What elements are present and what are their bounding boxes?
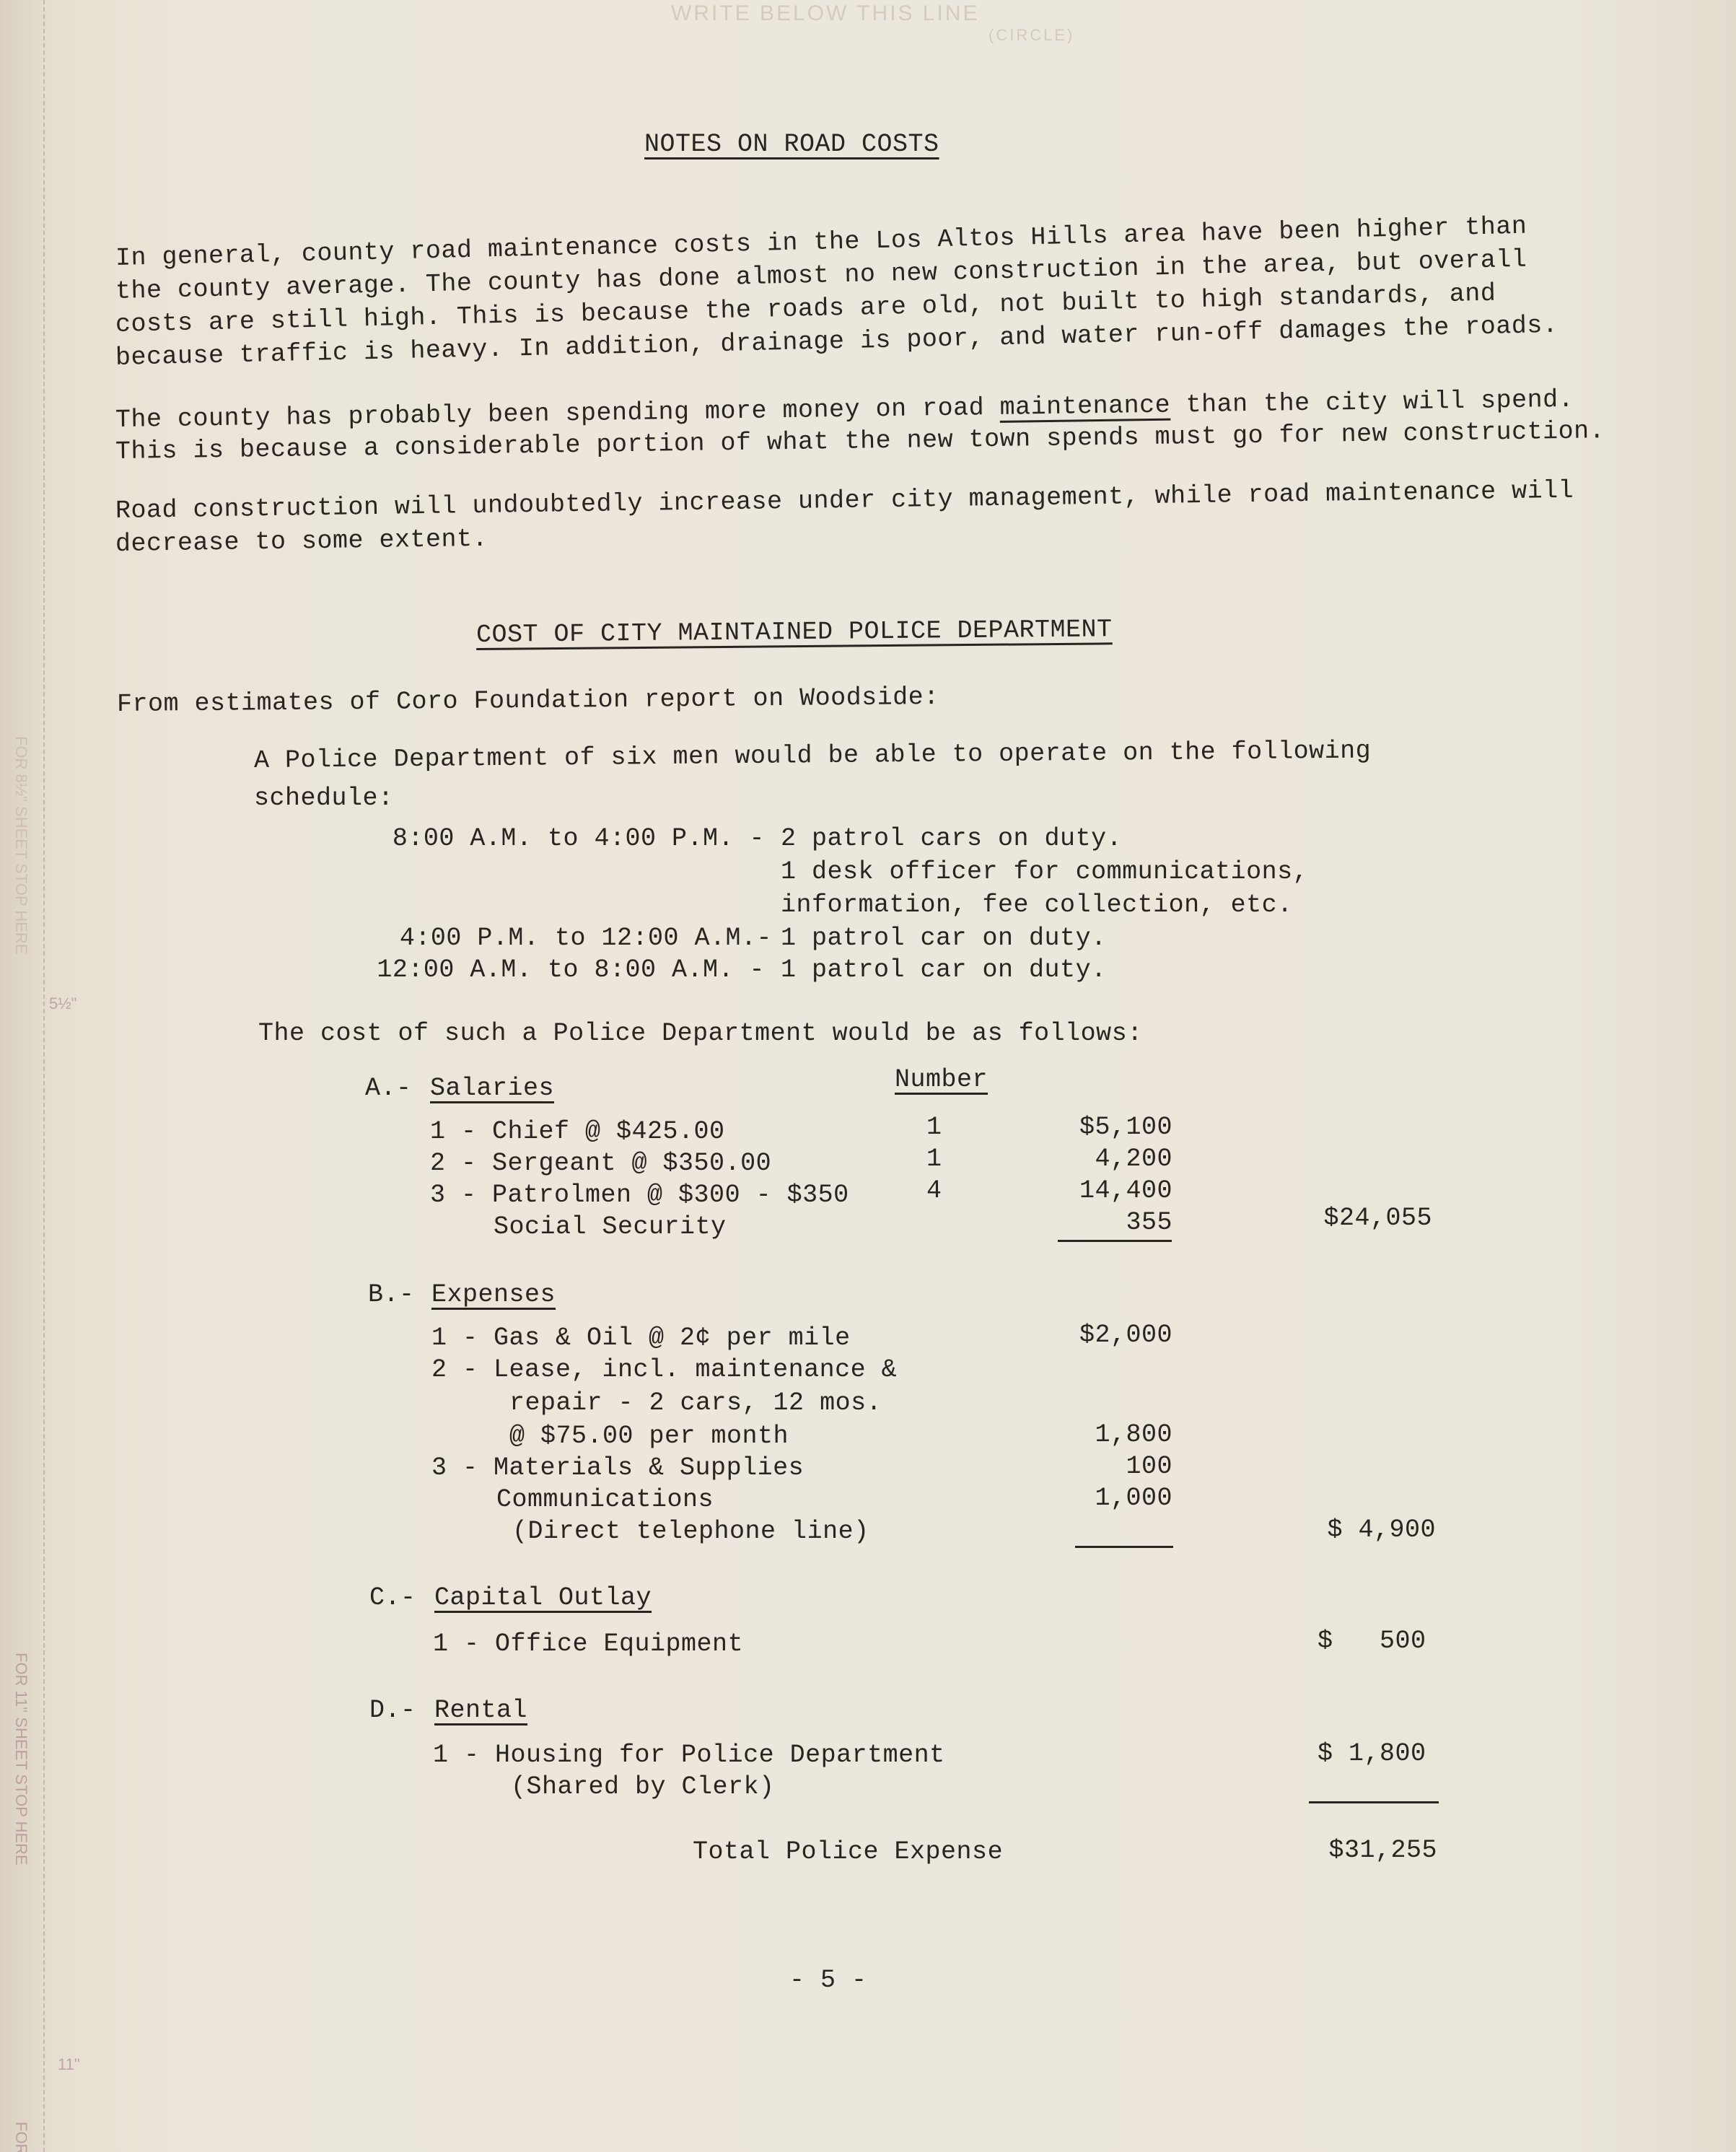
salary-amount-2: 4,200 [1010, 1143, 1172, 1175]
road-para2-post: than the city will spend. [1170, 385, 1574, 420]
salary-label-3: 3 - Patrolmen @ $300 - $350 [430, 1179, 849, 1211]
rental-label-2: (Shared by Clerk) [511, 1771, 775, 1803]
rental-total: $ 1,800 [1318, 1738, 1426, 1770]
section-c-letter: C.- [369, 1582, 416, 1614]
expense-amount-1: $2,000 [1010, 1319, 1172, 1351]
expense-total: $ 4,900 [1277, 1514, 1436, 1546]
salary-number-3: 4 [926, 1175, 942, 1207]
schedule-duty-3: information, fee collection, etc. [781, 889, 1293, 921]
expense-label-6: Communications [496, 1484, 714, 1515]
section-d-heading: Rental [434, 1694, 527, 1726]
grand-total-label: Total Police Expense [693, 1836, 1003, 1868]
expense-amount-4: 1,800 [1010, 1419, 1172, 1451]
margin-note-bottom: FOR [12, 2122, 30, 2152]
margin-guide-line [43, 0, 45, 2152]
capital-label-1: 1 - Office Equipment [433, 1628, 743, 1660]
grand-total-rule [1309, 1801, 1439, 1803]
police-title: COST OF CITY MAINTAINED POLICE DEPARTMEN… [476, 613, 1113, 651]
margin-note-upper: FOR 8½" SHEET STOP HERE [12, 736, 30, 954]
schedule-duty-4: 1 patrol car on duty. [781, 922, 1107, 954]
expense-subtotal-rule [1075, 1546, 1173, 1548]
expense-label-2: 2 - Lease, incl. maintenance & [431, 1354, 897, 1386]
capital-total: $ 500 [1318, 1625, 1426, 1657]
schedule-time-1: 8:00 A.M. to 4:00 P.M. - [274, 823, 765, 854]
expense-amount-6: 1,000 [1010, 1482, 1172, 1514]
section-b-heading: Expenses [431, 1279, 556, 1311]
margin-measure: 5½" [49, 994, 76, 1013]
salary-amount-3: 14,400 [1010, 1175, 1172, 1207]
expense-label-1: 1 - Gas & Oil @ 2¢ per mile [431, 1322, 851, 1354]
schedule-time-4: 4:00 P.M. to 12:00 A.M.- [274, 922, 772, 954]
expense-label-5: 3 - Materials & Supplies [431, 1452, 804, 1484]
cost-intro: The cost of such a Police Department wou… [258, 1018, 1143, 1049]
salary-label-2: 2 - Sergeant @ $350.00 [430, 1147, 771, 1179]
section-b-letter: B.- [368, 1279, 415, 1311]
faded-top-mark-sub: (CIRCLE) [988, 26, 1074, 45]
grand-total-value: $31,255 [1277, 1834, 1437, 1866]
salary-amount-1: $5,100 [1010, 1111, 1172, 1143]
salary-label-4: Social Security [494, 1211, 727, 1243]
schedule-duty-2: 1 desk officer for communications, [781, 856, 1308, 888]
expense-label-3: repair - 2 cars, 12 mos. [509, 1387, 882, 1419]
section-a-heading: Salaries [430, 1072, 554, 1104]
salary-amount-4: 355 [1010, 1207, 1172, 1238]
salary-number-1: 1 [926, 1111, 942, 1143]
salary-number-2: 1 [926, 1143, 942, 1175]
section-a-letter: A.- [365, 1072, 412, 1104]
road-costs-title: NOTES ON ROAD COSTS [644, 128, 939, 160]
page-number: - 5 - [789, 1964, 867, 1996]
section-c-heading: Capital Outlay [434, 1582, 652, 1614]
expense-label-7: (Direct telephone line) [512, 1515, 869, 1547]
margin-measure-bottom: 11" [58, 2055, 80, 2074]
expense-amount-5: 100 [1010, 1451, 1172, 1482]
margin-note-lower: FOR 11" SHEET STOP HERE [12, 1653, 30, 1865]
schedule-duty-5: 1 patrol car on duty. [781, 954, 1107, 986]
expense-label-4: @ $75.00 per month [509, 1420, 789, 1452]
road-para3-line1: Road construction will undoubtedly incre… [115, 475, 1574, 527]
police-intro-line2: schedule: [254, 782, 394, 814]
road-para3-line2: decrease to some extent. [115, 523, 488, 560]
document-page: WRITE BELOW THIS LINE (CIRCLE) FOR 8½" S… [0, 0, 1736, 2152]
faded-top-mark: WRITE BELOW THIS LINE [671, 1, 980, 26]
salary-total: $24,055 [1270, 1202, 1432, 1234]
number-header: Number [895, 1064, 988, 1095]
road-para2-underlined: maintenance [999, 391, 1170, 422]
salary-label-1: 1 - Chief @ $425.00 [430, 1116, 725, 1147]
schedule-time-5: 12:00 A.M. to 8:00 A.M. - [274, 954, 765, 986]
police-source: From estimates of Coro Foundation report… [117, 681, 939, 720]
section-d-letter: D.- [369, 1694, 416, 1726]
police-intro-line1: A Police Department of six men would be … [254, 735, 1372, 777]
rental-label-1: 1 - Housing for Police Department [433, 1739, 945, 1771]
salary-subtotal-rule [1058, 1240, 1172, 1242]
schedule-duty-1: 2 patrol cars on duty. [781, 823, 1122, 854]
